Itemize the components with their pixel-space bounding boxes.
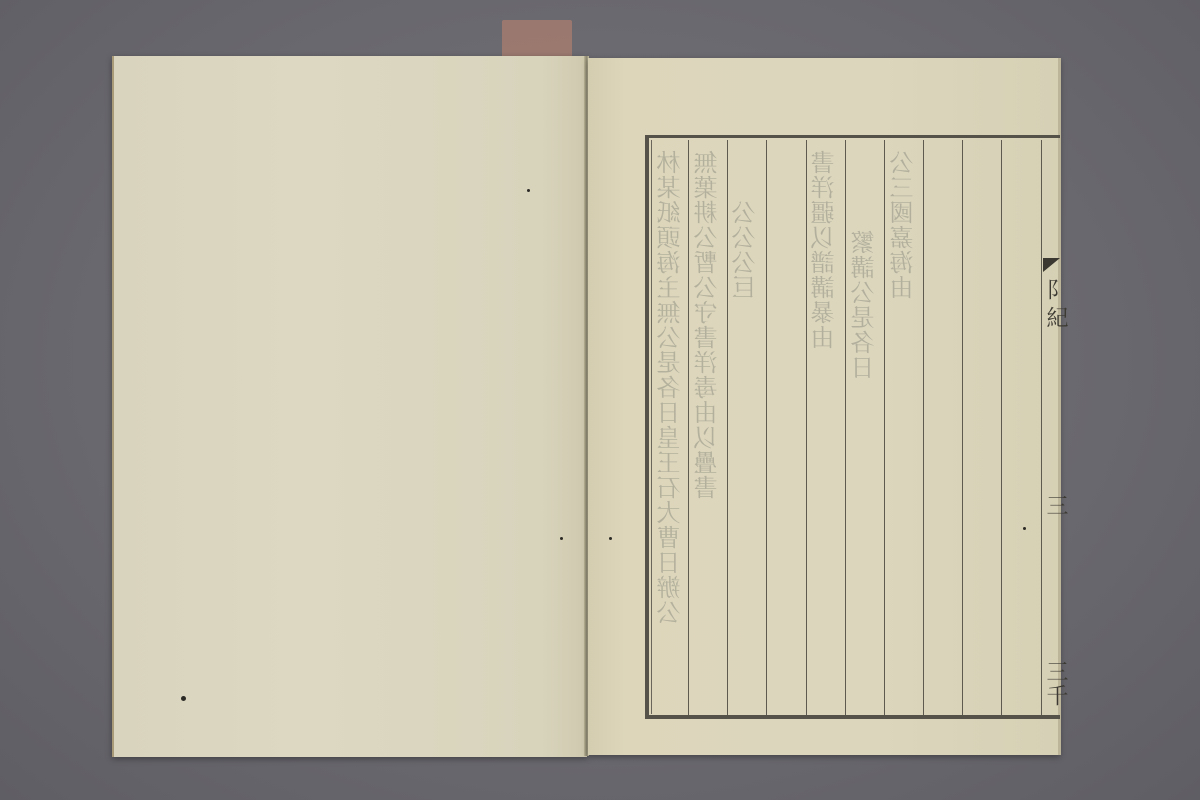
fold-margin-char: 阝 — [1043, 278, 1067, 300]
show-through-text-column: 書洋疆以譜講暴由 — [812, 150, 838, 350]
column-rule — [962, 140, 963, 715]
show-through-text-column: 無葉耕公暫公守書洋毒由以疊書 — [695, 150, 721, 500]
column-rule — [727, 140, 728, 715]
column-rule — [1001, 140, 1002, 715]
fishtail-mark — [1043, 258, 1060, 272]
column-rule — [845, 140, 846, 715]
paper-speck — [527, 189, 530, 192]
fold-margin-char: 千 — [1043, 684, 1067, 706]
column-rule — [1041, 140, 1042, 715]
column-rule — [688, 140, 689, 715]
column-rule — [923, 140, 924, 715]
show-through-text-column: 林某紙頭海主無公是各日皇王石大曹日辦公 — [658, 150, 684, 625]
fold-margin-char: 紀 — [1043, 306, 1067, 328]
fold-margin-char: 三 — [1043, 660, 1067, 682]
show-through-text-column: 繁講公是各日 — [852, 230, 878, 380]
column-rule — [766, 140, 767, 715]
show-through-text-column: 公三國嘉海由 — [891, 150, 917, 300]
left-page — [112, 56, 587, 757]
fold-margin-char: 三 — [1043, 494, 1067, 516]
column-rule — [884, 140, 885, 715]
paper-speck — [609, 537, 612, 540]
paper-speck — [181, 696, 186, 701]
paper-speck — [1023, 527, 1026, 530]
paper-speck — [560, 537, 563, 540]
column-rule — [806, 140, 807, 715]
show-through-text-column: 公公公巨 — [733, 200, 759, 300]
